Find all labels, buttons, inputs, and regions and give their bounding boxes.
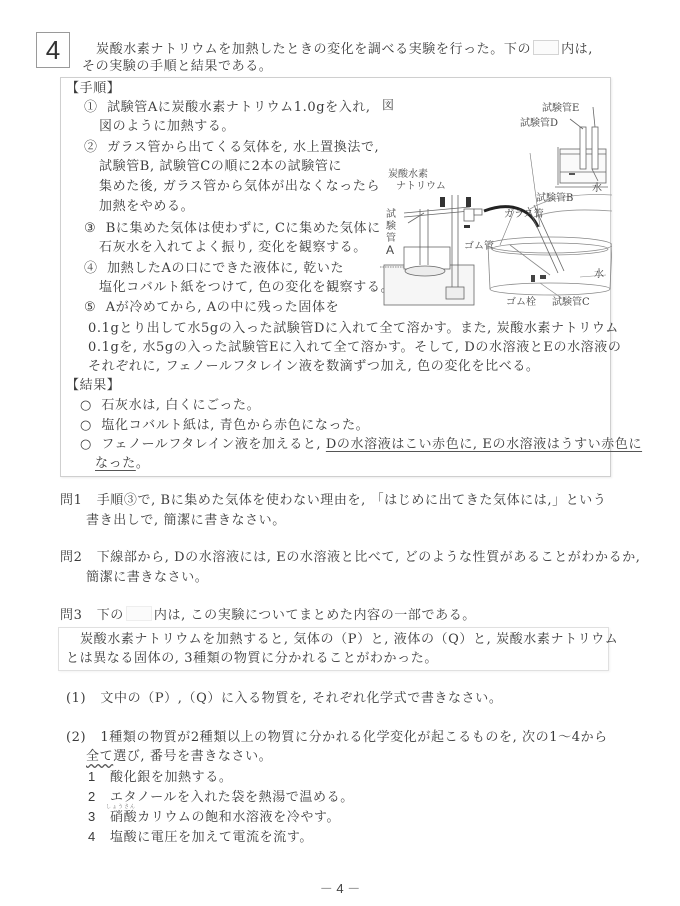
label-tube-a-char-1: 試 <box>386 209 396 221</box>
figure-title: 図 <box>382 99 394 111</box>
step-4-line-1: ④ 加熱したAの口にできた液体に, 乾いた <box>84 260 344 277</box>
question-2-text: 下線部から, Dの水溶液には, Eの水溶液と比べて, どのような性質があることが… <box>97 550 641 565</box>
result-marker: ○ <box>80 398 92 413</box>
option-1: 1 酸化銀を加熱する。 <box>88 768 232 786</box>
step-text: ガラス管から出てくる気体を, 水上置換法で, <box>107 140 379 155</box>
option-number: 2 <box>88 789 96 804</box>
summary-line-2: とは異なる固体の, 3種類の物質に分かれることがわかった。 <box>66 650 438 667</box>
step-2-line-2: 試験管B, 試験管Cの順に2本の試験管に <box>99 158 342 175</box>
label-rubber-stopper: ゴム栓 <box>506 297 536 309</box>
option-number: 3 <box>88 809 96 824</box>
subquestion-1: (1) 文中の（P）,（Q）に入る物質を, それぞれ化学式で書きなさい。 <box>66 690 502 707</box>
option-text: 硝酸カリウムの飽和水溶液を冷やす。 <box>110 810 340 825</box>
blank-box <box>126 606 152 621</box>
label-tube-e: 試験管E <box>542 103 579 115</box>
option-text: エタノールを入れた袋を熱湯で温める。 <box>110 790 354 805</box>
step-3-line-2: 石灰水を入れてよく振り, 変化を観察する。 <box>99 239 367 256</box>
step-text: 試験管Aに炭酸水素ナトリウム1.0gを入れ, <box>107 100 371 115</box>
option-4: 4 塩酸に電圧を加えて電流を流す。 <box>88 828 313 846</box>
step-marker: ④ <box>84 261 98 276</box>
result-text: 塩化コバルト紙は, 青色から赤色になった。 <box>101 418 369 433</box>
question-3-intro-b: 内は, この実験についてまとめた内容の一部である。 <box>154 608 476 623</box>
label-tube-a-char-2: 験 <box>386 221 396 233</box>
subquestion-2-label: (2) <box>66 730 86 745</box>
subquestion-2-text: 1種類の物質が2種類以上の物質に分かれる化学変化が起こるものを, 次の1～4から <box>100 730 607 745</box>
question-3-intro: 問3 下の内は, この実験についてまとめた内容の一部である。 <box>60 606 476 624</box>
step-1-line-2: 図のように加熱する。 <box>99 118 235 135</box>
result-marker: ○ <box>80 418 92 433</box>
label-sodium-bicarbonate-2: ナトリウム <box>396 181 446 193</box>
emphasis-all: 全て <box>86 749 113 764</box>
option-text: 酸化銀を加熱する。 <box>110 770 232 785</box>
step-text: 加熱したAの口にできた液体に, 乾いた <box>107 261 344 276</box>
result-text: フェノールフタレイン液を加えると, <box>101 437 325 452</box>
intro-text-b: 内は, <box>561 42 593 57</box>
subquestion-2-line-2: 全て選び, 番号を書きなさい。 <box>86 748 272 765</box>
result-text-end: 。 <box>136 456 150 471</box>
intro-text-a: 炭酸水素ナトリウムを加熱したときの変化を調べる実験を行った。下の <box>96 42 531 57</box>
intro-line-2: その実験の手順と結果である。 <box>82 58 272 75</box>
step-2-line-1: ② ガラス管から出てくる気体を, 水上置換法で, <box>84 139 379 156</box>
page-number: － 4 － <box>0 878 680 897</box>
result-item-3: ○ フェノールフタレイン液を加えると, Dの水溶液はこい赤色に, Eの水溶液はう… <box>80 436 642 453</box>
question-1-label: 問1 <box>60 493 82 508</box>
subquestion-2-line-1: (2) 1種類の物質が2種類以上の物質に分かれる化学変化が起こるものを, 次の1… <box>66 729 608 746</box>
apparatus-drawing <box>380 97 612 312</box>
step-4-line-2: 塩化コバルト紙をつけて, 色の変化を観察する。 <box>99 279 394 296</box>
option-number: 4 <box>88 829 96 844</box>
step-marker: ② <box>84 140 98 155</box>
question-3-intro-a: 下の <box>97 608 124 623</box>
subquestion-2-text-rest: 選び, 番号を書きなさい。 <box>113 749 272 764</box>
step-5-line-2: 0.1gとり出して水5gの入った試験管Dに入れて全て溶かす。また, 炭酸水素ナト… <box>88 320 619 337</box>
step-2-line-4: 加熱をやめる。 <box>99 198 194 215</box>
question-1-text: 手順③で, Bに集めた気体を使わない理由を, 「はじめに出てきた気体には,」とい… <box>97 493 607 508</box>
result-item-2: ○ 塩化コバルト紙は, 青色から赤色になった。 <box>80 417 369 434</box>
subquestion-1-text: 文中の（P）,（Q）に入る物質を, それぞれ化学式で書きなさい。 <box>100 691 502 706</box>
label-tube-a-char-4: A <box>386 244 394 256</box>
step-5-line-3: 0.1gを, 水5gの入った試験管Eに入れて全て溶かす。そして, Dの水溶液とE… <box>88 339 621 356</box>
step-text: Aが冷めてから, Aの中に残った固体を <box>106 300 339 315</box>
result-text: 石灰水は, 白くにごった。 <box>101 398 260 413</box>
procedure-heading: 【手順】 <box>66 80 120 97</box>
question-2-line-2: 簡潔に書きなさい。 <box>86 569 208 586</box>
step-5-line-1: ⑤ Aが冷めてから, Aの中に残った固体を <box>84 299 339 316</box>
results-heading: 【結果】 <box>66 377 120 394</box>
label-sodium-bicarbonate-1: 炭酸水素 <box>388 169 428 181</box>
question-1-line-1: 問1 手順③で, Bに集めた気体を使わない理由を, 「はじめに出てきた気体には,… <box>60 492 607 509</box>
question-2-label: 問2 <box>60 550 82 565</box>
intro-line-1: 炭酸水素ナトリウムを加熱したときの変化を調べる実験を行った。下の内は, <box>96 40 593 58</box>
question-number-box: 4 <box>36 32 70 68</box>
apparatus-figure: 図 試験管E 試験管D 水 炭酸水素 ナトリウム 試 験 管 A 試験管B ガラ… <box>380 97 612 312</box>
option-3: 3 硝酸カリウムの飽和水溶液を冷やす。 <box>88 808 340 826</box>
question-3-label: 問3 <box>60 608 82 623</box>
step-marker: ⑤ <box>84 300 96 315</box>
step-2-line-3: 集めた後, ガラス管から気体が出なくなったら <box>99 178 380 195</box>
label-rubber-tube: ゴム管 <box>464 241 494 253</box>
label-tube-d: 試験管D <box>520 118 558 130</box>
blank-box <box>533 40 559 55</box>
result-item-1: ○ 石灰水は, 白くにごった。 <box>80 397 260 414</box>
underlined-result-text: なった <box>95 456 136 471</box>
result-marker: ○ <box>80 437 92 452</box>
label-water-basin: 水 <box>594 269 604 281</box>
question-2-line-1: 問2 下線部から, Dの水溶液には, Eの水溶液と比べて, どのような性質がある… <box>60 549 641 566</box>
step-5-line-4: それぞれに, フェノールフタレイン液を数滴ずつ加え, 色の変化を比べる。 <box>88 358 540 375</box>
summary-line-1: 炭酸水素ナトリウムを加熱すると, 気体の（P）と, 液体の（Q）と, 炭酸水素ナ… <box>80 631 618 648</box>
step-1-line-1: ① 試験管Aに炭酸水素ナトリウム1.0gを入れ, <box>84 99 371 116</box>
option-text: 塩酸に電圧を加えて電流を流す。 <box>110 830 313 845</box>
label-tube-c: 試験管C <box>552 297 590 309</box>
label-tube-b: 試験管B <box>536 193 573 205</box>
step-3-line-1: ③ Bに集めた気体は使わずに, Cに集めた気体に <box>84 220 381 237</box>
option-number: 1 <box>88 769 96 784</box>
label-water-top: 水 <box>592 183 602 195</box>
question-1-line-2: 書き出しで, 簡潔に書きなさい。 <box>86 512 286 529</box>
underlined-result-text: Dの水溶液はこい赤色に, Eの水溶液はうすい赤色に <box>326 437 642 452</box>
label-glass-tube: ガラス管 <box>504 209 544 221</box>
step-marker: ① <box>84 100 98 115</box>
step-text: Bに集めた気体は使わずに, Cに集めた気体に <box>106 221 381 236</box>
subquestion-1-label: (1) <box>66 691 86 706</box>
step-marker: ③ <box>84 221 96 236</box>
result-item-3-cont: なった。 <box>95 455 149 472</box>
